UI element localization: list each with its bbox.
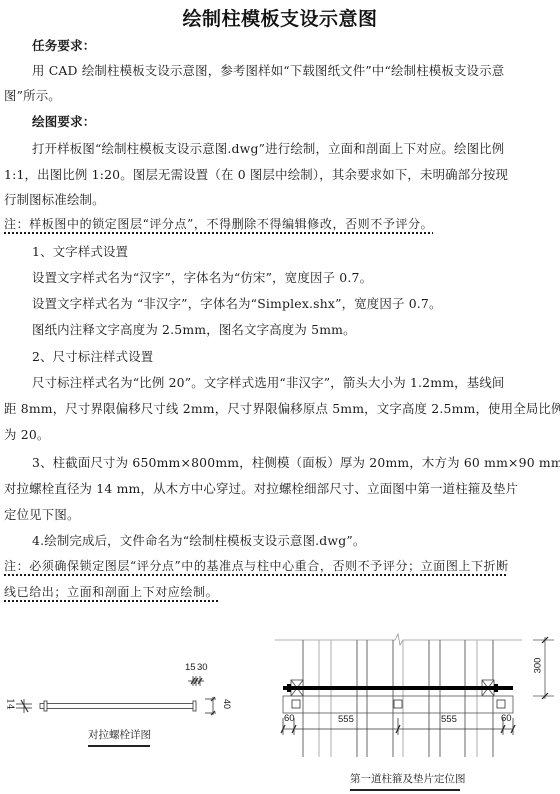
dim-span1: 555	[338, 714, 354, 725]
drawings-canvas	[0, 0, 560, 794]
dim-bolt-40: 40	[222, 699, 232, 709]
bolt-detail-caption: 对拉螺栓详图	[88, 727, 150, 747]
hoop-position-caption: 第一道柱箍及垫片定位图	[350, 771, 460, 791]
dim-height-300: 300	[532, 658, 543, 674]
dim-bolt-30: 30	[197, 662, 208, 673]
dim-right-edge: 60	[501, 713, 512, 724]
hoop-position-drawing	[275, 634, 554, 757]
dim-left-edge: 60	[284, 713, 295, 724]
dim-span2: 555	[441, 714, 457, 725]
bolt-detail-drawing	[16, 676, 216, 715]
dim-bolt-diameter: 14	[5, 698, 15, 709]
dim-bolt-15: 15	[185, 662, 196, 673]
